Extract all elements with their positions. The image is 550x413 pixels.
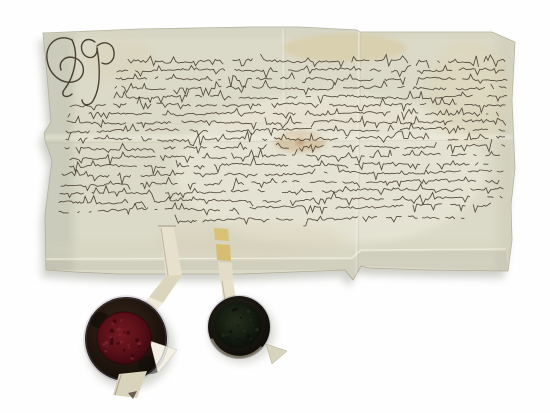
right-tag-on-plica xyxy=(218,262,233,281)
seal-texture-speckle xyxy=(120,340,123,343)
fold-crease-vertical xyxy=(283,28,284,138)
seal-texture-speckle xyxy=(237,325,239,327)
seal-texture-speckle xyxy=(110,341,114,345)
seal-texture-speckle xyxy=(247,310,250,313)
seal-texture-speckle xyxy=(247,335,251,339)
seal-texture-speckle xyxy=(117,328,121,332)
seal-texture-speckle xyxy=(227,337,229,339)
seal-texture-speckle xyxy=(126,331,130,335)
seal-texture-speckle xyxy=(105,341,109,345)
stain xyxy=(155,222,345,258)
photo-of-charter xyxy=(0,0,550,413)
seal-texture-speckle xyxy=(250,338,252,340)
seal-texture-speckle xyxy=(255,328,259,332)
seal-texture-speckle xyxy=(128,347,130,349)
stain xyxy=(283,34,407,62)
seal-texture-speckle xyxy=(222,334,225,337)
seal-texture-speckle xyxy=(127,344,129,346)
seal-texture-speckle xyxy=(243,314,244,315)
seal-texture-speckle xyxy=(250,319,252,321)
seal-texture-speckle xyxy=(137,342,141,346)
seal-texture-speckle xyxy=(106,346,108,348)
seal-texture-speckle xyxy=(138,345,140,347)
seal-texture-speckle xyxy=(119,342,120,343)
seal-texture-speckle xyxy=(226,323,228,325)
seal-texture-speckle xyxy=(117,343,119,345)
charter-photo-canvas xyxy=(0,0,550,413)
seal-texture-speckle xyxy=(110,329,114,333)
seal-texture-speckle xyxy=(120,319,123,322)
seal-texture-speckle xyxy=(230,330,233,333)
seal-texture-speckle xyxy=(240,317,242,319)
seal-texture-speckle xyxy=(226,334,228,336)
seal-texture-speckle xyxy=(104,350,107,353)
seal-texture-speckle xyxy=(123,349,126,352)
right-tag-yellow-lower xyxy=(216,244,231,261)
seal-texture-speckle xyxy=(237,338,239,340)
seal-texture-speckle xyxy=(118,333,121,336)
seal-texture-speckle xyxy=(131,354,134,357)
seal-texture-speckle xyxy=(110,338,114,342)
seal-texture-speckle xyxy=(243,329,246,332)
seal-texture-speckle xyxy=(232,309,235,312)
stain xyxy=(428,40,512,144)
seal-texture-speckle xyxy=(235,308,238,311)
seal-texture-speckle xyxy=(131,344,132,345)
right-tag-yellow-upper xyxy=(214,228,229,241)
seal-texture-speckle xyxy=(113,319,117,323)
seal-texture-speckle xyxy=(123,332,125,334)
seal-texture-speckle xyxy=(235,320,236,321)
